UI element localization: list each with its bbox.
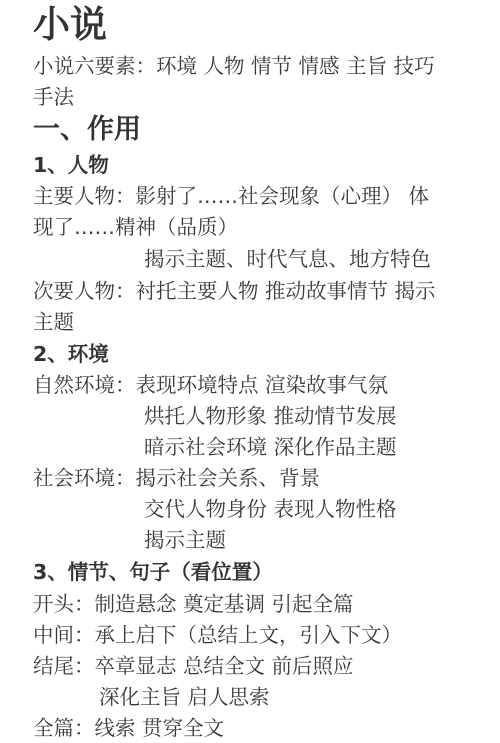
subheading-plot: 3、情节、句子（看位置） xyxy=(33,557,273,587)
main-character-line-2: 现了……精神（品质） xyxy=(33,212,238,242)
page-title: 小说 xyxy=(33,2,107,48)
plot-ending-line-1: 结尾：卒章显志 总结全文 前后照应 xyxy=(33,651,354,681)
plot-whole: 全篇：线索 贯穿全文 xyxy=(33,713,224,743)
intro-line-1: 小说六要素：环境 人物 情节 情感 主旨 技巧 xyxy=(33,51,435,81)
main-character-line-1: 主要人物：影射了……社会现象（心理） 体 xyxy=(33,181,429,211)
natural-env-line-3: 暗示社会环境 深化作品主题 xyxy=(33,432,397,462)
secondary-character-line-1: 次要人物：衬托主要人物 推动故事情节 揭示 xyxy=(33,276,436,306)
section-heading-functions: 一、作用 xyxy=(33,112,141,148)
secondary-character-line-2: 主题 xyxy=(33,307,74,337)
plot-middle: 中间：承上启下（总结上文，引入下文） xyxy=(33,620,402,650)
natural-env-line-1: 自然环境：表现环境特点 渲染故事气氛 xyxy=(33,370,388,400)
plot-opening: 开头：制造悬念 奠定基调 引起全篇 xyxy=(33,589,354,619)
intro-line-2: 手法 xyxy=(33,82,74,112)
subheading-environment: 2、环境 xyxy=(33,339,109,369)
natural-env-line-2: 烘托人物形象 推动情节发展 xyxy=(33,401,397,431)
subheading-characters: 1、人物 xyxy=(33,150,109,180)
plot-ending-line-2: 深化主旨 启人思索 xyxy=(33,682,270,712)
social-env-line-3: 揭示主题 xyxy=(33,525,226,555)
social-env-line-2: 交代人物身份 表现人物性格 xyxy=(33,494,397,524)
main-character-line-3: 揭示主题、时代气息、地方特色 xyxy=(33,244,431,274)
social-env-line-1: 社会环境：揭示社会关系、背景 xyxy=(33,463,320,493)
